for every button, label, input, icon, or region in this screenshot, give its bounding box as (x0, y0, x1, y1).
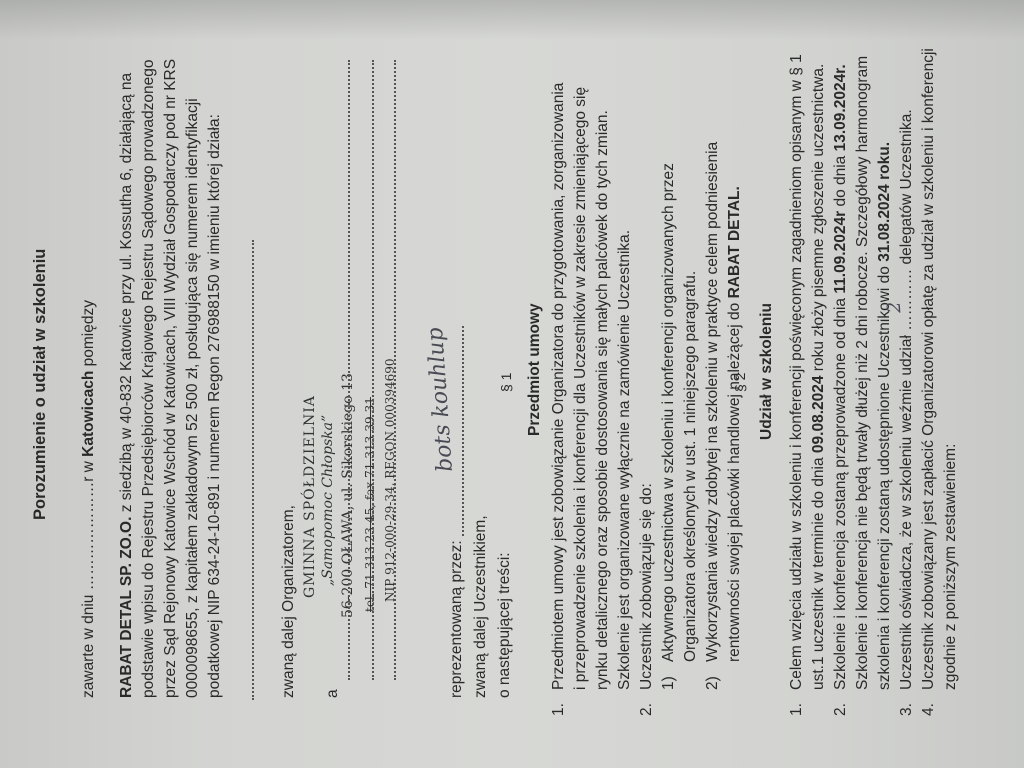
s2-item1-line2: ust.1 uczestnik w terminie do dnia 09.08… (808, 64, 829, 690)
item-line: i przeprowadzenie szkolenia i konferencj… (570, 87, 591, 690)
participant-line-3 (394, 60, 396, 680)
s2-item2-line1: Szkolenie i konferencja zostaną przeprow… (830, 64, 851, 690)
stamp-line-2: „Samopomoc Chłopska” (318, 415, 339, 586)
representative-line (462, 326, 464, 536)
date-line: zawarte w dniu …………………r w Katowicach pom… (78, 300, 99, 698)
s2-item4-line1: Uczestnik zobowiązany jest zapłacić Orga… (918, 48, 939, 690)
item-number: 2. (636, 703, 657, 716)
organizer-line: przez Sąd Rejonowy Katowice Wschód w Kat… (160, 59, 181, 698)
s2-item2-line2: Szkolenie i konferencja nie będą trwały … (852, 56, 873, 690)
subitem-number: 2) (702, 676, 723, 690)
representative-signature: bots kouhlup (425, 327, 456, 473)
participant-line-1 (348, 60, 350, 680)
organizer-line: RABAT DETAL SP. ZO.O. z siedzibą w 40-83… (116, 73, 137, 698)
represented-by-label: reprezentowaną przez: (446, 540, 467, 698)
subitem-number: 1) (658, 676, 679, 690)
stamp-line-4: tel. 71-313-23-45, fax 71-313-39-31 (360, 397, 381, 612)
item-line: Uczestnik zobowiązuje się do: (636, 483, 657, 690)
document-title: Porozumienie o udział w szkoleniu (30, 249, 51, 520)
item-line: rynku detalicznego oraz sposobie dostoso… (592, 110, 613, 690)
s2-item4-line2: zgodnie z poniższym zestawieniem: (940, 444, 961, 690)
s2-item3-line: Uczestnik oświadcza, że w szkoleniu weźm… (896, 109, 917, 690)
document-page: Porozumienie o udział w szkoleniu zawart… (0, 0, 1024, 768)
and-label: a (322, 689, 343, 698)
section-1-number: § 1 (496, 373, 517, 392)
section-2-number: § 2 (730, 373, 751, 392)
organizer-line: 0000098655, z kapitałem zakładowym 52 50… (182, 98, 203, 698)
participant-line-2 (372, 60, 374, 680)
subitem-line: Organizatora określonych w ust. 1 niniej… (680, 271, 701, 662)
item-line: Szkolenie jest organizowane wyłącznie na… (614, 230, 635, 690)
subitem-line: rentowności swojej placówki handlowej na… (724, 186, 745, 662)
participant-label: zwaną dalej Uczestnikiem, (470, 515, 491, 698)
organizer-label: zwaną dalej Organizatorem, (278, 505, 299, 698)
item-number: 1. (548, 703, 569, 716)
section-2-heading: Udział w szkoleniu (756, 303, 777, 440)
blank-line (252, 240, 254, 700)
subitem-line: Aktywnego uczestnictwa w szkoleniu i kon… (658, 163, 679, 662)
s2-item2-line3: szkolenia i konferencji zostaną udostępn… (874, 142, 895, 690)
s2-item1-line1: Celem wzięcia udziału w szkoleniu i konf… (786, 54, 807, 690)
section-1-heading: Przedmiot umowy (524, 303, 545, 436)
organizer-line: podatkowej NIP 634-24-10-891 i numerem R… (204, 114, 225, 698)
delegates-count-handwritten: 2 (884, 301, 906, 314)
following-content-label: o następującej treści: (494, 552, 515, 698)
stamp-line-5: NIP 912-000-29-34, REGON 000394690 (380, 358, 401, 602)
item-line: Przedmiotem umowy jest zobowiązanie Orga… (548, 83, 569, 690)
organizer-line: podstawie wpisu do Rejestru Przedsiębior… (138, 60, 159, 698)
subitem-line: Wykorzystania wiedzy zdobytej na szkolen… (702, 142, 723, 662)
